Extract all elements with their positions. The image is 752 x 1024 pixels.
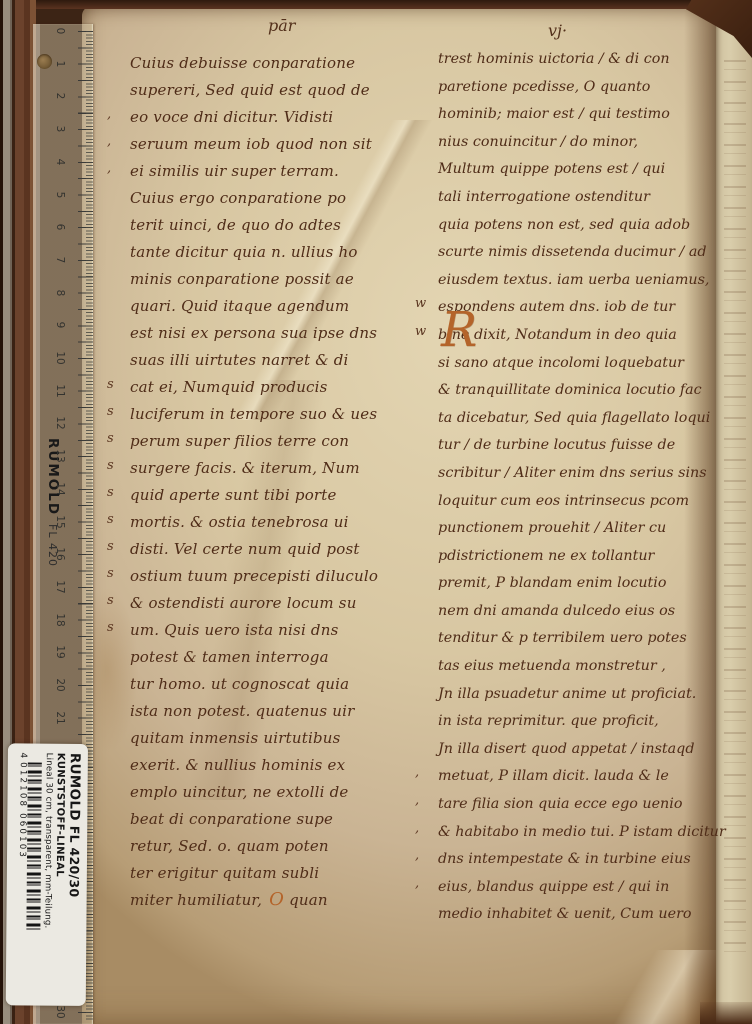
manuscript-line: Cuius ergo conparatione po [130,187,430,214]
orange-initial [675,295,687,316]
manuscript-line: premit, P blandam enim locutio [438,571,724,599]
orange-initial [345,754,357,775]
manuscript-line: nem dni amanda dulcedo eius os [438,599,724,627]
line-text: ostium tuum precepisti diluculo [130,567,378,585]
line-text: eiusdem textus. iam uerba ueniamus, [438,272,709,288]
manuscript-line: miter humiliatur,Oquan [130,889,430,916]
line-text: & ostendisti aurore locum su [130,594,357,612]
manuscript-line: ta dicebatur, Sed quia flagellato loqui [438,406,724,434]
line-text: quid aperte sunt tibi porte [130,486,337,504]
manuscript-line: wespondens autem dns. iob de tur [438,295,724,323]
line-text: retur, Sed. o. quam poten [130,837,329,855]
orange-initial [341,727,353,748]
orange-initial [666,516,678,537]
orange-initial [669,764,681,785]
margin-mark: , [415,876,419,891]
line-text: quari. Quid itaque agendum [130,297,349,315]
folio-number: vj· [548,21,567,40]
manuscript-line: exerit. & nullius hominis ex [130,754,430,781]
label-brand: RUMOLD [66,753,83,821]
line-text: quitam inmensis uirtutibus [130,729,341,747]
manuscript-line: in ista reprimitur. que proficit, [438,709,724,737]
barcode-bars [26,762,41,930]
manuscript-line: ,tare filia sion quia ecce ego uenio [438,792,724,820]
line-text: Multum quippe potens est / qui [438,161,665,177]
line-text: pdistrictionem ne ex tollantur [438,548,654,564]
ruler-scale-number: 4 [54,155,66,169]
line-text: dns intempestate & in turbine eius [438,851,691,867]
line-text: minis conparatione possit ae [130,270,354,288]
manuscript-line: Cuius debuisse conparatione [130,52,430,79]
line-text: terit uinci, de quo do adtes [130,216,341,234]
manuscript-line: squid aperte sunt tibi porte [130,484,430,511]
manuscript-line: medio inhabitet & uenit, Cum uero [438,902,724,930]
ruler-scale-number: 2 [54,89,66,103]
orange-initial [675,433,687,454]
orange-initial [341,214,353,235]
line-text: hominib; maior est / qui testimo [438,106,670,122]
manuscript-line: ,eius, blandus quippe est / qui in [438,875,724,903]
manuscript-line: trest hominis uictoria / & di con [438,47,724,75]
orange-initial [349,781,361,802]
wood-corner-bottom-right [700,1002,752,1024]
manuscript-line: tenditur & p terribilem uero potes [438,626,724,654]
margin-mark: s [107,431,114,446]
line-text: ta dicebatur, Sed quia flagellato loqui [438,410,710,426]
line-text: ista non potest. quatenus uir [130,702,354,720]
orange-initial [684,351,696,372]
manuscript-line: ,ei similis uir super terram. [130,160,430,187]
orange-initial [675,599,687,620]
wood-frame-top [0,0,752,9]
line-text: est nisi ex persona sua ipse dns [130,324,377,342]
orange-initial [349,430,361,451]
orange-initial [659,709,671,730]
orange-initial [337,484,349,505]
manuscript-line: wbine dixit, Notandum in deo quia [438,323,724,351]
line-text: luciferum in tempore suo & ues [130,405,377,423]
orange-initial [650,185,662,206]
orange-initial: O [262,889,289,910]
ruler-scale-number: 8 [54,286,66,300]
orange-initial [666,571,678,592]
ruler-scale-number: 30 [54,1005,66,1019]
margin-mark: s [107,377,114,392]
orange-initial [690,213,702,234]
margin-mark: , [415,765,419,780]
manuscript-photo: pār vj· Cuius debuisse conparatione supe… [0,0,752,1024]
ruler-scale-number: 3 [54,122,66,136]
margin-mark: s [107,620,114,635]
manuscript-line: ista non potest. quatenus uir [130,700,430,727]
orange-initial [669,875,681,896]
manuscript-line: suas illi uirtutes narret & di [130,349,430,376]
line-text: tas eius metuenda monstretur , [438,658,666,674]
orange-initial [696,682,708,703]
ruler-scale-number: 18 [54,613,66,627]
ruler-scale-number: 11 [54,384,66,398]
orange-initial [377,322,389,343]
orange-initial [654,544,666,565]
ruler-scale-number: 15 [54,515,66,529]
ruler-scale-number: 7 [54,253,66,267]
margin-mark: , [107,161,111,176]
orange-initial [372,133,384,154]
manuscript-line: terit uinci, de quo do adtes [130,214,430,241]
manuscript-line: sum. Quis uero ista nisi dns [130,619,430,646]
ruler-scale-number: 16 [54,547,66,561]
ruler-scale-number: 17 [54,580,66,594]
margin-mark: s [107,458,114,473]
manuscript-line: sperum super filios terre con [130,430,430,457]
line-text: punctionem prouehit / Aliter cu [438,520,666,536]
ruler-hanging-hole [37,54,52,69]
barcode-number: 012108 060103 [16,762,27,930]
product-label: RUMOLD FL 420/30 KUNSTSTOFF-LINEAL Linea… [6,743,88,1006]
orange-initial [702,378,714,399]
orange-initial [707,461,719,482]
line-text: Jn illa psuadetur anime ut proficiat. [438,686,696,702]
manuscript-line: ,& habitabo in medio tui. P istam dicitu… [438,820,724,848]
orange-initial [710,406,722,427]
line-text: cat ei, Numquid producis [130,378,328,396]
manuscript-line: ter erigitur quitam subli [130,862,430,889]
orange-initial [650,75,662,96]
page-header-abbreviation: pār [268,16,295,35]
orange-initial [682,792,694,813]
margin-mark: s [107,566,114,581]
barcode: 012108 060103 [16,762,41,930]
line-text: quia potens non est, sed quia adob [438,217,690,233]
manuscript-line: s& ostendisti aurore locum su [130,592,430,619]
orange-initial [329,646,341,667]
line-text: trest hominis uictoria / & di con [438,51,670,67]
label-title: RUMOLD FL 420/30 [65,753,83,997]
orange-initial [358,241,370,262]
ruler-scale-number: 6 [54,220,66,234]
manuscript-line: scurte nimis dissetenda ducimur / ad [438,240,724,268]
margin-mark: s [107,512,114,527]
margin-mark: s [107,593,114,608]
orange-initial [687,626,699,647]
line-text: Cuius ergo conparatione po [130,189,346,207]
manuscript-line: Jn illa disert quod appetat / instaqd [438,737,724,765]
manuscript-line: nius conuincitur / do minor, [438,130,724,158]
margin-mark: s [107,485,114,500]
line-text: nius conuincitur / do minor, [438,134,638,150]
label-subtitle: KUNSTSTOFF-LINEAL [53,753,66,997]
line-text: surgere facis. & iterum, Num [130,459,360,477]
line-text: quan [289,891,328,909]
line-text: tur / de turbine locutus fuisse de [438,437,675,453]
manuscript-line: & tranquillitate dominica locutio fac [438,378,724,406]
orange-initial [378,565,390,586]
line-text: in ista reprimitur. que proficit, [438,713,659,729]
manuscript-line: pdistrictionem ne ex tollantur [438,544,724,572]
line-text: exerit. & nullius hominis ex [130,756,345,774]
orange-initial [707,240,719,261]
orange-initial [354,268,366,289]
orange-initial [370,79,382,100]
manuscript-line: Multum quippe potens est / qui [438,157,724,185]
orange-initial [355,52,367,73]
manuscript-line: punctionem prouehit / Aliter cu [438,516,724,544]
orange-initial [691,847,703,868]
margin-mark: w [415,296,426,311]
orange-initial [349,349,361,370]
manuscript-line: tas eius metuenda monstretur , [438,654,724,682]
orange-initial [726,820,738,841]
orange-initial [354,700,366,721]
line-text: metuat, P illam dicit. lauda & le [438,768,669,784]
line-text: tur homo. ut cognoscat quia [130,675,349,693]
orange-initial [665,157,677,178]
orange-initial [346,187,358,208]
orange-initial [694,737,706,758]
orange-initial [360,538,372,559]
manuscript-line: est nisi ex persona sua ipse dns [130,322,430,349]
line-text: & habitabo in medio tui. P istam dicitur [438,824,726,840]
line-text: eius, blandus quippe est / qui in [438,879,669,895]
manuscript-line: beat di conparatione supe [130,808,430,835]
barcode-row: 4 012108 060103 [16,752,42,996]
line-text: paretione pcedisse, O quanto [438,79,650,95]
line-text: suas illi uirtutes narret & di [130,351,349,369]
margin-mark: , [415,848,419,863]
margin-mark: w [415,324,426,339]
manuscript-line: ,metuat, P illam dicit. lauda & le [438,764,724,792]
line-text: premit, P blandam enim locutio [438,575,666,591]
line-text: miter humiliatur, [130,891,262,909]
orange-initial [638,130,650,151]
manuscript-line: hominib; maior est / qui testimo [438,102,724,130]
manuscript-line: retur, Sed. o. quam poten [130,835,430,862]
ruler-scale-number: 21 [54,711,66,725]
ruler-scale-number: 12 [54,416,66,430]
line-text: ei similis uir super terram. [130,162,339,180]
right-text-column: trest hominis uictoria / & di con pareti… [438,47,724,930]
line-text: um. Quis uero ista nisi dns [130,621,338,639]
line-text: supereri, Sed quid est quod de [130,81,370,99]
margin-mark: s [107,404,114,419]
line-text: scurte nimis dissetenda ducimur / ad [438,244,707,260]
orange-initial [377,403,389,424]
margin-mark: , [415,793,419,808]
ruler-scale-number: 9 [54,318,66,332]
orange-initial [328,376,340,397]
ruler-scale-number: 5 [54,188,66,202]
orange-initial [670,102,682,123]
manuscript-line: supereri, Sed quid est quod de [130,79,430,106]
manuscript-line: quitam inmensis uirtutibus [130,727,430,754]
manuscript-line: tante dicitur quia n. ullius ho [130,241,430,268]
manuscript-line: si sano atque incolomi loquebatur [438,351,724,379]
line-text: eo voce dni dicitur. Vidisti [130,108,333,126]
margin-mark: s [107,539,114,554]
manuscript-line: ,dns intempestate & in turbine eius [438,847,724,875]
manuscript-line: scat ei, Numquid producis [130,376,430,403]
margin-mark: , [107,134,111,149]
ruler-scale-number: 14 [54,482,66,496]
ruler-scale-number: 20 [54,678,66,692]
orange-initial [677,323,689,344]
line-text: Jn illa disert quod appetat / instaqd [438,741,694,757]
manuscript-line: sdisti. Vel certe num quid post [130,538,430,565]
orange-initial [319,862,331,883]
margin-mark: , [415,821,419,836]
orange-initial [338,619,350,640]
manuscript-line: paretione pcedisse, O quanto [438,75,724,103]
line-text: nem dni amanda dulcedo eius os [438,603,675,619]
manuscript-line: ,seruum meum iob quod non sit [130,133,430,160]
orange-initial [329,835,341,856]
orange-initial [333,808,345,829]
line-text: & tranquillitate dominica locutio fac [438,382,702,398]
ruler-scale-number: 0 [54,24,66,38]
line-text: medio inhabitet & uenit, Cum uero [438,906,692,922]
manuscript-line: ,eo voce dni dicitur. Vidisti [130,106,430,133]
orange-initial [333,106,345,127]
line-text: seruum meum iob quod non sit [130,135,372,153]
manuscript-line: Jn illa psuadetur anime ut proficiat. [438,682,724,710]
manuscript-line: quari. Quid itaque agendum [130,295,430,322]
orange-initial [709,268,721,289]
manuscript-line: emplo uincitur, ne extolli de [130,781,430,808]
line-text: tare filia sion quia ecce ego uenio [438,796,682,812]
ruler-scale-number: 10 [54,351,66,365]
line-text: potest & tamen interroga [130,648,329,666]
manuscript-line: tur homo. ut cognoscat quia [130,673,430,700]
label-model: FL 420/30 [67,826,83,898]
line-text: perum super filios terre con [130,432,349,450]
orange-initial [349,295,361,316]
manuscript-line: smortis. & ostia tenebrosa ui [130,511,430,538]
orange-initial [349,511,361,532]
orange-initial [666,654,678,675]
line-text: scribitur / Aliter enim dns serius sins [438,465,707,481]
orange-initial [339,160,351,181]
manuscript-line: loquitur cum eos intrinsecus pcom [438,489,724,517]
line-text: tante dicitur quia n. ullius ho [130,243,358,261]
manuscript-line: eiusdem textus. iam uerba ueniamus, [438,268,724,296]
orange-initial [349,673,361,694]
line-text: disti. Vel certe num quid post [130,540,360,558]
line-text: tali interrogatione ostenditur [438,189,650,205]
orange-initial [692,902,704,923]
line-text: beat di conparatione supe [130,810,333,828]
orange-initial [670,47,682,68]
manuscript-line: ssurgere facis. & iterum, Num [130,457,430,484]
margin-mark: , [107,107,111,122]
ruler-scale-number: 19 [54,645,66,659]
left-text-column: Cuius debuisse conparatione supereri, Se… [130,52,430,916]
line-text: mortis. & ostia tenebrosa ui [130,513,349,531]
label-description: Lineal 30 cm, transparent, mm-Teilung. [42,753,54,997]
line-text: Cuius debuisse conparatione [130,54,355,72]
manuscript-line: sluciferum in tempore suo & ues [130,403,430,430]
decorated-initial-r: R [441,306,477,354]
line-text: tenditur & p terribilem uero potes [438,630,687,646]
manuscript-line: potest & tamen interroga [130,646,430,673]
ruler-mm-ticks [86,31,93,1021]
orange-initial [360,457,372,478]
manuscript-line: tur / de turbine locutus fuisse de [438,433,724,461]
orange-initial [689,489,701,510]
barcode-lead-digit: 4 [18,752,28,758]
ruler-scale-number: 1 [54,57,66,71]
manuscript-line: minis conparatione possit ae [130,268,430,295]
line-text: ter erigitur quitam subli [130,864,319,882]
manuscript-line: quia potens non est, sed quia adob [438,213,724,241]
ruler-scale-number: 13 [54,449,66,463]
line-text: emplo uincitur, ne extolli de [130,783,349,801]
orange-initial [357,592,369,613]
line-text: loquitur cum eos intrinsecus pcom [438,493,689,509]
manuscript-line: scribitur / Aliter enim dns serius sins [438,461,724,489]
manuscript-line: sostium tuum precepisti diluculo [130,565,430,592]
manuscript-line: tali interrogatione ostenditur [438,185,724,213]
